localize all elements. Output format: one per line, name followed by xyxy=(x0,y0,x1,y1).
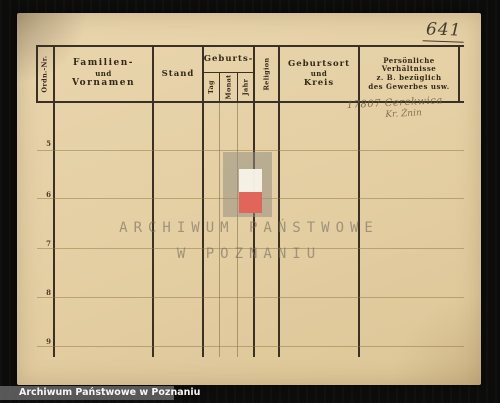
archive-watermark-logo xyxy=(223,152,272,217)
jahr-label: Jahr xyxy=(241,79,249,96)
row-line xyxy=(37,297,464,298)
row-number-6: 6 xyxy=(39,190,51,199)
tag-label: Tag xyxy=(207,80,215,94)
row-number-8: 8 xyxy=(39,288,51,297)
religion-label: Religion xyxy=(262,58,270,91)
persoenliche-line1: Persönliche Verhältnisse xyxy=(360,57,458,75)
geburts-label: Geburts- xyxy=(204,54,254,65)
column-header-geburtsort: Geburtsort und Kreis xyxy=(280,47,358,101)
footer-caption-bar: Archiwum Państwowe w Poznaniu xyxy=(0,386,174,400)
column-header-jahr: Jahr xyxy=(238,73,253,101)
row-number-9: 9 xyxy=(39,337,51,346)
geburtsort-line2: und xyxy=(311,70,328,79)
column-header-stand: Stand xyxy=(154,47,202,101)
document-paper: Ordn.-Nr. Familien- und Vornamen Stand G… xyxy=(17,13,481,385)
column-header-geburts: Geburts- xyxy=(204,47,253,72)
column-header-monat: Monat xyxy=(220,73,237,101)
watermark-text-line2: W POZNANIU xyxy=(17,246,481,262)
watermark-text-line1: ARCHIWUM PAŃSTWOWE xyxy=(17,220,481,236)
monat-label: Monat xyxy=(224,75,232,100)
familien-line3: Vornamen xyxy=(72,78,135,89)
row-line xyxy=(37,150,464,151)
handwritten-page-number: 641 xyxy=(423,19,465,42)
watermark-white-square xyxy=(239,169,262,192)
footer-caption: Archiwum Państwowe w Poznaniu xyxy=(19,387,200,398)
stand-label: Stand xyxy=(162,69,195,80)
persoenliche-line3: des Gewerbes usw. xyxy=(368,83,449,92)
ordn-nr-label: Ordn.-Nr. xyxy=(40,55,48,92)
column-header-ordn-nr: Ordn.-Nr. xyxy=(36,47,53,101)
column-header-tag: Tag xyxy=(203,73,219,101)
column-header-familien-vornamen: Familien- und Vornamen xyxy=(55,47,152,101)
row-number-5: 5 xyxy=(39,139,51,148)
geburtsort-line3: Kreis xyxy=(304,78,334,89)
familien-line2: und xyxy=(95,70,112,79)
familien-line1: Familien- xyxy=(73,58,134,69)
watermark-red-square xyxy=(239,192,262,213)
scan-background: Ordn.-Nr. Familien- und Vornamen Stand G… xyxy=(0,0,500,403)
column-header-persoenliche: Persönliche Verhältnisse z. B. bezüglich… xyxy=(360,47,458,101)
column-header-religion: Religion xyxy=(255,47,278,101)
row-line xyxy=(37,346,464,347)
